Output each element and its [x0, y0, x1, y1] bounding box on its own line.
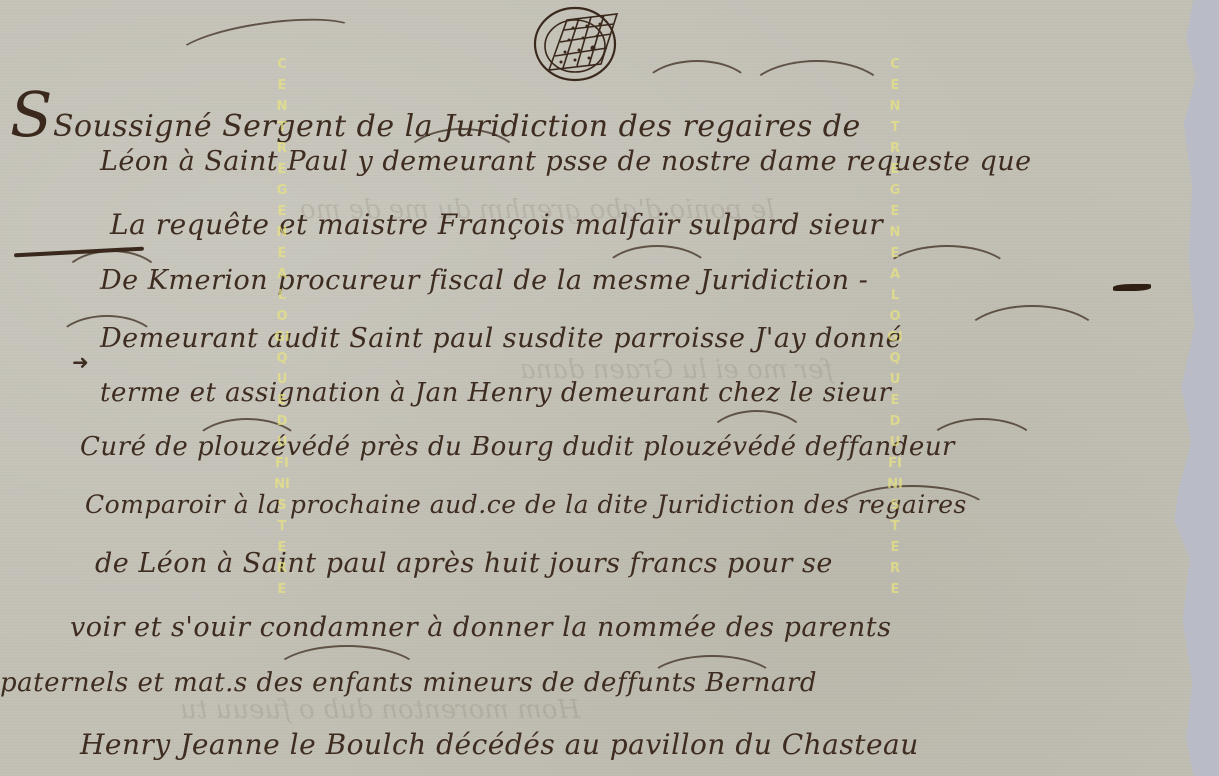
line-text: Demeurant audit Saint paul susdite parro…: [100, 323, 902, 354]
text-line-11: paternels et mat.s des enfants mineurs d…: [0, 668, 817, 698]
line-text: De Kmerion procureur fiscal de la mesme …: [100, 265, 868, 296]
line-text: Soussigné Sergent de la Juridiction des …: [53, 109, 861, 144]
watermark-right: CENTREGENEALOGIQUEDUFINISTERE: [887, 54, 903, 600]
watermark-left: CENTREGENEALOGIQUEDUFINISTERE: [274, 54, 290, 600]
line-text: de Léon à Saint paul après huit jours fr…: [95, 548, 833, 579]
line-text: Henry Jeanne le Boulch décédés au pavill…: [80, 728, 919, 761]
text-line-12: Henry Jeanne le Boulch décédés au pavill…: [80, 728, 919, 761]
margin-arrow-icon: ➜: [72, 350, 89, 374]
text-line-3: La requête et maistre François malfaïr s…: [110, 208, 883, 241]
line-text: voir et s'ouir condamner à donner la nom…: [70, 612, 891, 643]
text-line-8: Comparoir à la prochaine aud.ce de la di…: [85, 490, 967, 519]
ink-dash-mark: [1113, 284, 1151, 291]
line-text: paternels et mat.s des enfants mineurs d…: [0, 668, 817, 698]
text-line-9: de Léon à Saint paul après huit jours fr…: [95, 548, 833, 579]
pen-flourish: [960, 305, 1104, 379]
text-line-1: SSoussigné Sergent de la Juridiction des…: [10, 78, 861, 151]
text-line-4: De Kmerion procureur fiscal de la mesme …: [100, 265, 868, 296]
text-line-10: voir et s'ouir condamner à donner la nom…: [70, 612, 891, 643]
document-scan: le ponio d'abo grenhm du me de mo fer mo…: [0, 0, 1219, 776]
line-text: La requête et maistre François malfaïr s…: [110, 208, 883, 241]
text-line-6: terme et assignation à Jan Henry demeura…: [100, 378, 891, 408]
initial-capital: S: [10, 78, 53, 151]
pen-flourish: [173, 9, 361, 78]
text-line-5: Demeurant audit Saint paul susdite parro…: [100, 323, 902, 354]
line-text: Curé de plouzévédé près du Bourg dudit p…: [80, 432, 955, 462]
text-line-7: Curé de plouzévédé près du Bourg dudit p…: [80, 432, 955, 462]
paper-sheet: le ponio d'abo grenhm du me de mo fer mo…: [0, 0, 1203, 776]
line-text: Comparoir à la prochaine aud.ce de la di…: [85, 490, 967, 519]
line-text: terme et assignation à Jan Henry demeura…: [100, 378, 891, 408]
